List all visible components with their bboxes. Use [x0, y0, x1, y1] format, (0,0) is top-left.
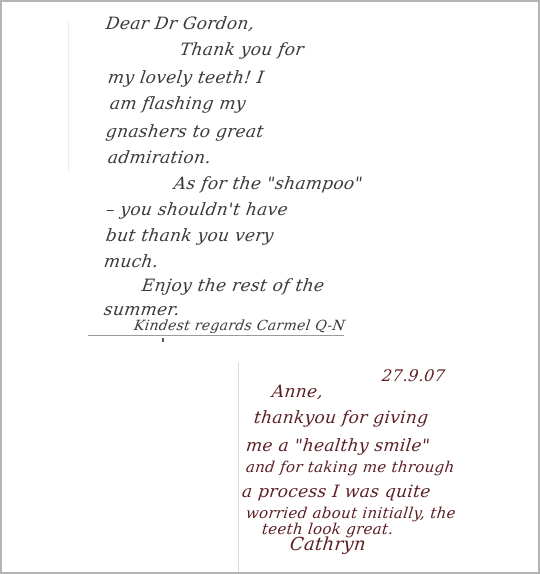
date: 27.9.07	[381, 366, 446, 385]
salutation: Dear Dr Gordon,	[105, 14, 256, 34]
top-thank-you-note: Dear Dr Gordon, Thank you for my lovely …	[88, 6, 344, 336]
note-line: but thank you very	[105, 226, 275, 246]
signature: Kindest regards Carmel Q-N	[133, 318, 346, 334]
signature: Cathryn	[289, 534, 367, 555]
note-line: thankyou for giving	[253, 408, 429, 428]
scan-artifact-line	[68, 22, 69, 172]
note-line: Thank you for	[179, 40, 306, 60]
note-line: admiration.	[107, 148, 213, 168]
note-line: Enjoy the rest of the	[141, 276, 326, 296]
note-line: summer.	[103, 300, 182, 320]
note-line: my lovely teeth! I	[107, 68, 266, 88]
note-line: me a "healthy smile"	[245, 436, 431, 456]
bottom-thank-you-card: 27.9.07 Anne, thankyou for giving me a "…	[240, 362, 536, 572]
card-left-edge	[238, 362, 239, 572]
scan-mark	[162, 338, 164, 342]
note-line: and for taking me through	[245, 458, 455, 476]
note-line: As for the "shampoo"	[173, 174, 364, 194]
note-line: am flashing my	[109, 94, 248, 114]
note-line: gnashers to great	[105, 122, 265, 142]
salutation: Anne,	[271, 382, 324, 402]
note-line: a process I was quite	[241, 482, 432, 502]
note-line: – you shouldn't have	[105, 200, 290, 220]
note-line: much.	[103, 252, 160, 272]
